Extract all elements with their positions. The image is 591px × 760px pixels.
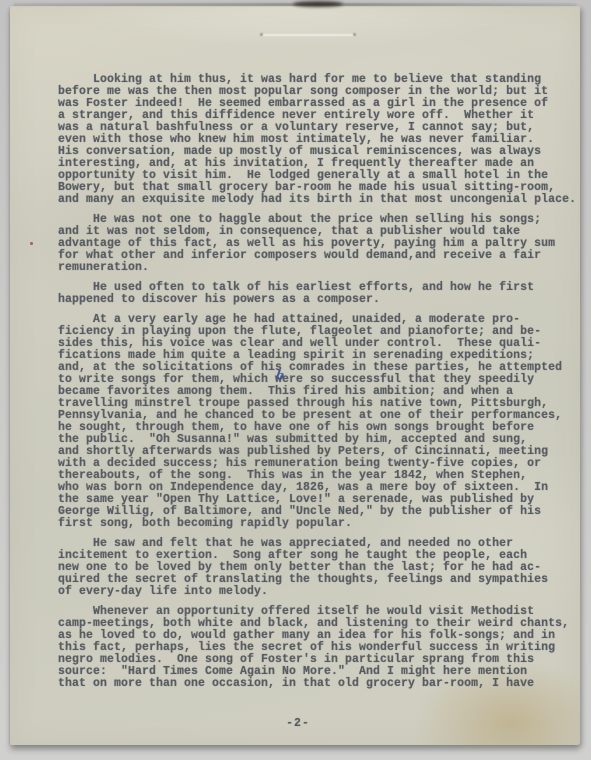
typed-line: and many an exquisite melody had its bir… <box>58 194 558 206</box>
scratch-mark <box>262 34 354 36</box>
paragraph: Looking at him thus, it was hard for me … <box>58 74 558 206</box>
paragraph: He saw and felt that he was appreciated,… <box>58 538 558 598</box>
typed-line: of every-day life into melody. <box>58 586 558 598</box>
typed-line: that on more than one occasion, in that … <box>58 678 558 690</box>
typed-line: first song, both becoming rapidly popula… <box>58 518 558 530</box>
typed-text-block: Looking at him thus, it was hard for me … <box>58 74 558 698</box>
paper-top-edge-dark-mark <box>293 1 343 7</box>
red-ink-speck <box>30 242 33 245</box>
paper-page: Looking at him thus, it was hard for me … <box>10 6 580 745</box>
typed-line: happened to discover his powers as a com… <box>58 294 558 306</box>
paragraph: At a very early age he had attained, una… <box>58 314 558 530</box>
paragraph: Whenever an opportunity offered itself h… <box>58 606 558 690</box>
typed-line: remuneration. <box>58 262 558 274</box>
page-number: -2- <box>58 717 538 730</box>
scanned-document-view: { "scan": { "page_number": "-2-", "pen_c… <box>0 0 591 760</box>
paragraph: He was not one to haggle about the price… <box>58 214 558 274</box>
paragraph: He used often to talk of his earliest ef… <box>58 282 558 306</box>
